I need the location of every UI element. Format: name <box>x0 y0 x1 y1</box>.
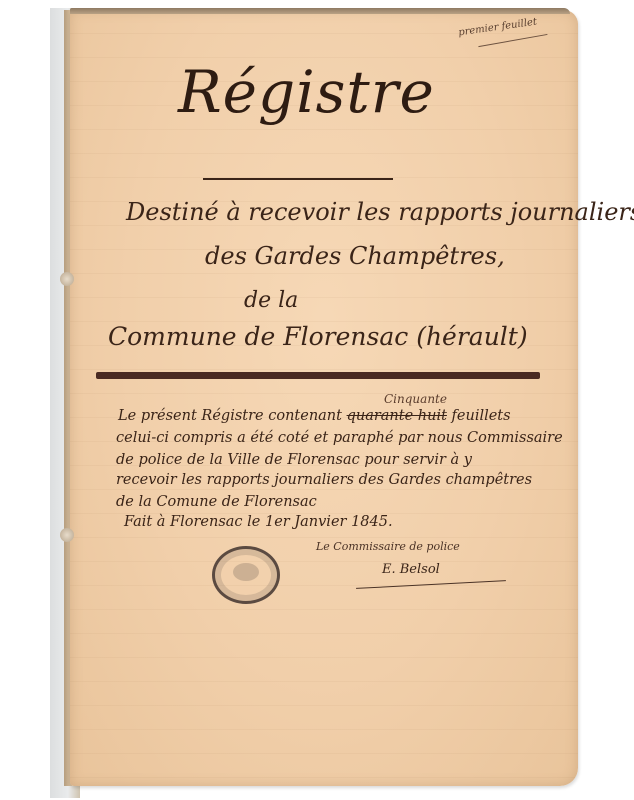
body-line-2: celui-ci compris a été coté et paraphé p… <box>116 430 563 446</box>
subtitle-line-3: de la <box>244 288 298 313</box>
binding-string-knot <box>60 272 74 286</box>
correction-insert: Cinquante <box>384 392 447 406</box>
seal-emblem <box>233 563 259 581</box>
title-underline <box>203 178 393 180</box>
date-line: Fait à Florensac le 1er Janvier 1845. <box>124 514 393 530</box>
body-line-4: recevoir les rapports journaliers des Ga… <box>116 472 532 488</box>
signature: E. Belsol <box>382 562 440 577</box>
page-title: Régistre <box>178 58 435 126</box>
register-page <box>70 10 578 786</box>
body-line-5: de la Comune de Florensac <box>116 494 317 510</box>
body-line-1-suffix: feuillets <box>447 408 511 424</box>
signatory-title: Le Commissaire de police <box>316 540 460 553</box>
struck-text: quarante huit <box>347 408 447 424</box>
body-line-1: Le présent Régistre contenant quarante h… <box>118 408 511 424</box>
body-line-1-prefix: Le présent Régistre contenant <box>118 408 347 424</box>
subtitle-line-1: Destiné à recevoir les rapports journali… <box>126 198 634 226</box>
body-line-3: de police de la Ville de Florensac pour … <box>116 452 472 468</box>
seal-stamp-icon <box>212 546 280 604</box>
binding-string-knot <box>60 528 74 542</box>
subtitle-line-4: Commune de Florensac (hérault) <box>108 322 528 351</box>
section-divider <box>96 372 540 379</box>
page-top-edge <box>70 8 570 14</box>
subtitle-line-2: des Gardes Champêtres, <box>205 242 505 270</box>
